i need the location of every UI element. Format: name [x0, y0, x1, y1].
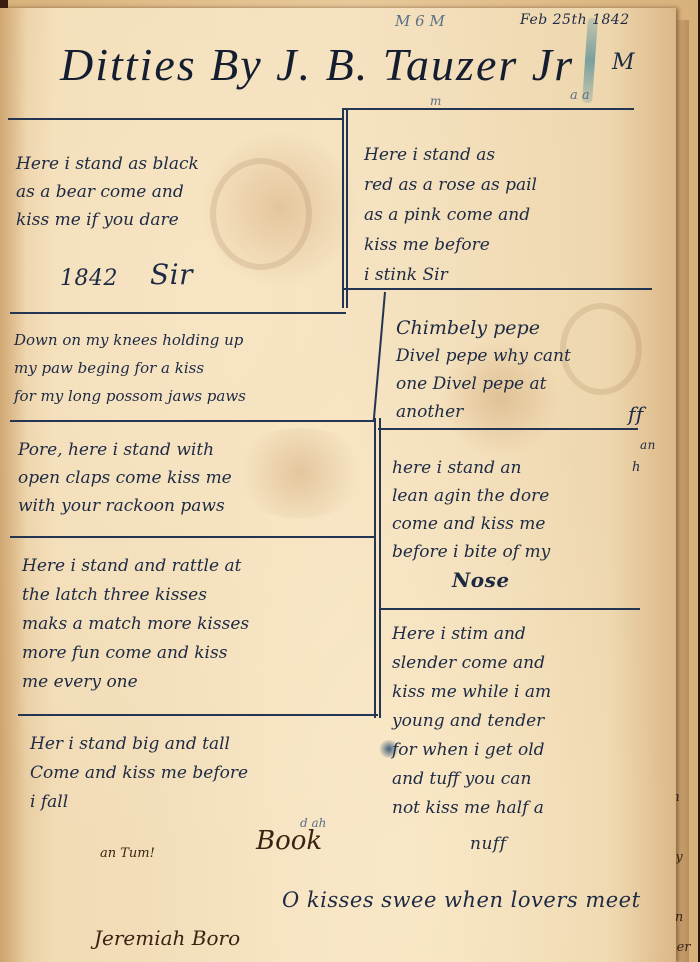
pencil-marks: M 6 M — [395, 12, 445, 30]
book-word: Book — [256, 826, 322, 856]
verse-8-last-line: nuff — [470, 834, 506, 854]
ghost-stamp — [210, 158, 312, 270]
margin-note: ff — [628, 402, 644, 426]
verse-3: Down on my knees holding up my paw begin… — [14, 326, 246, 410]
verse-line: Here i stand as black — [16, 150, 199, 178]
pencil-mark: m — [430, 94, 441, 108]
rule-line — [342, 108, 344, 308]
rule-line — [378, 428, 638, 430]
verse-6: here i stand an lean agin the dore come … — [392, 454, 550, 566]
rule-line — [344, 108, 634, 110]
rule-line — [380, 608, 640, 610]
verse-line: maks a match more kisses — [22, 610, 249, 639]
rule-line — [10, 312, 346, 314]
rule-line — [10, 536, 376, 538]
stain — [230, 428, 370, 518]
rule-line — [373, 292, 386, 422]
verse-line: more fun come and kiss — [22, 639, 249, 668]
verse-1-date: 1842 — [60, 266, 118, 291]
verse-7: Here i stand and rattle at the latch thr… — [22, 552, 249, 697]
verse-line: open claps come kiss me — [18, 464, 232, 492]
ghost-stamp — [560, 303, 642, 395]
verse-line: slender come and — [392, 649, 551, 678]
signature: Jeremiah Boro — [94, 926, 240, 950]
verse-line: Her i stand big and tall — [30, 730, 248, 759]
verse-1: Here i stand as black as a bear come and… — [16, 150, 199, 234]
verse-line: as a pink come and — [364, 200, 537, 230]
verse-line: come and kiss me — [392, 510, 550, 538]
verse-line: Chimbely pepe — [396, 314, 571, 342]
rule-line — [18, 714, 378, 716]
verse-line: Here i stim and — [392, 620, 551, 649]
date-annotation: Feb 25th 1842 — [520, 12, 630, 28]
verse-line: not kiss me half a — [392, 794, 551, 823]
rule-line — [379, 418, 381, 718]
rule-line — [8, 118, 344, 120]
margin-note: h — [632, 460, 641, 475]
verse-line: before i bite of my — [392, 538, 550, 566]
verse-line: one Divel pepe at — [396, 370, 571, 398]
verse-line: for my long possom jaws paws — [14, 382, 246, 410]
rule-line — [346, 108, 348, 308]
verse-2: Here i stand as red as a rose as pail as… — [364, 140, 537, 290]
book-prefix: an Tum! — [100, 846, 155, 861]
rule-line — [374, 418, 376, 718]
verse-line: another — [396, 398, 571, 426]
verse-line: me every one — [22, 668, 249, 697]
verse-line: kiss me before — [364, 230, 537, 260]
closing-line: O kisses swee when lovers meet — [282, 888, 641, 912]
rule-line — [10, 420, 376, 422]
verse-line: Here i stand and rattle at — [22, 552, 249, 581]
verse-line: Down on my knees holding up — [14, 326, 246, 354]
margin-note: an — [640, 438, 656, 452]
verse-line: my paw beging for a kiss — [14, 354, 246, 382]
pencil-mark: a a — [570, 88, 590, 103]
verse-4: Chimbely pepe Divel pepe why cant one Di… — [396, 314, 571, 426]
verse-1-signoff: Sir — [150, 258, 193, 291]
verse-line: as a bear come and — [16, 178, 199, 206]
title-suffix: M — [612, 50, 635, 75]
verse-line: kiss me while i am — [392, 678, 551, 707]
verse-6-emphasis: Nose — [452, 568, 510, 592]
verse-5: Pore, here i stand with open claps come … — [18, 436, 232, 520]
verse-line: for when i get old — [392, 736, 551, 765]
verse-line: Divel pepe why cant — [396, 342, 571, 370]
page-title: Ditties By J. B. Tauzer Jr — [60, 38, 574, 91]
verse-line: lean agin the dore — [392, 482, 550, 510]
verse-line: Come and kiss me before — [30, 759, 248, 788]
verse-line: i fall — [30, 788, 248, 817]
verse-line: kiss me if you dare — [16, 206, 199, 234]
verse-line: Here i stand as — [364, 140, 537, 170]
verse-line: Pore, here i stand with — [18, 436, 232, 464]
verse-8: Here i stim and slender come and kiss me… — [392, 620, 551, 823]
verse-line: and tuff you can — [392, 765, 551, 794]
verse-line: i stink Sir — [364, 260, 537, 290]
verse-line: with your rackoon paws — [18, 492, 232, 520]
verse-9: Her i stand big and tall Come and kiss m… — [30, 730, 248, 817]
verse-line: the latch three kisses — [22, 581, 249, 610]
verse-line: here i stand an — [392, 454, 550, 482]
verse-line: red as a rose as pail — [364, 170, 537, 200]
verse-line: young and tender — [392, 707, 551, 736]
manuscript-page: M 6 M Feb 25th 1842 Ditties By J. B. Tau… — [0, 8, 676, 962]
